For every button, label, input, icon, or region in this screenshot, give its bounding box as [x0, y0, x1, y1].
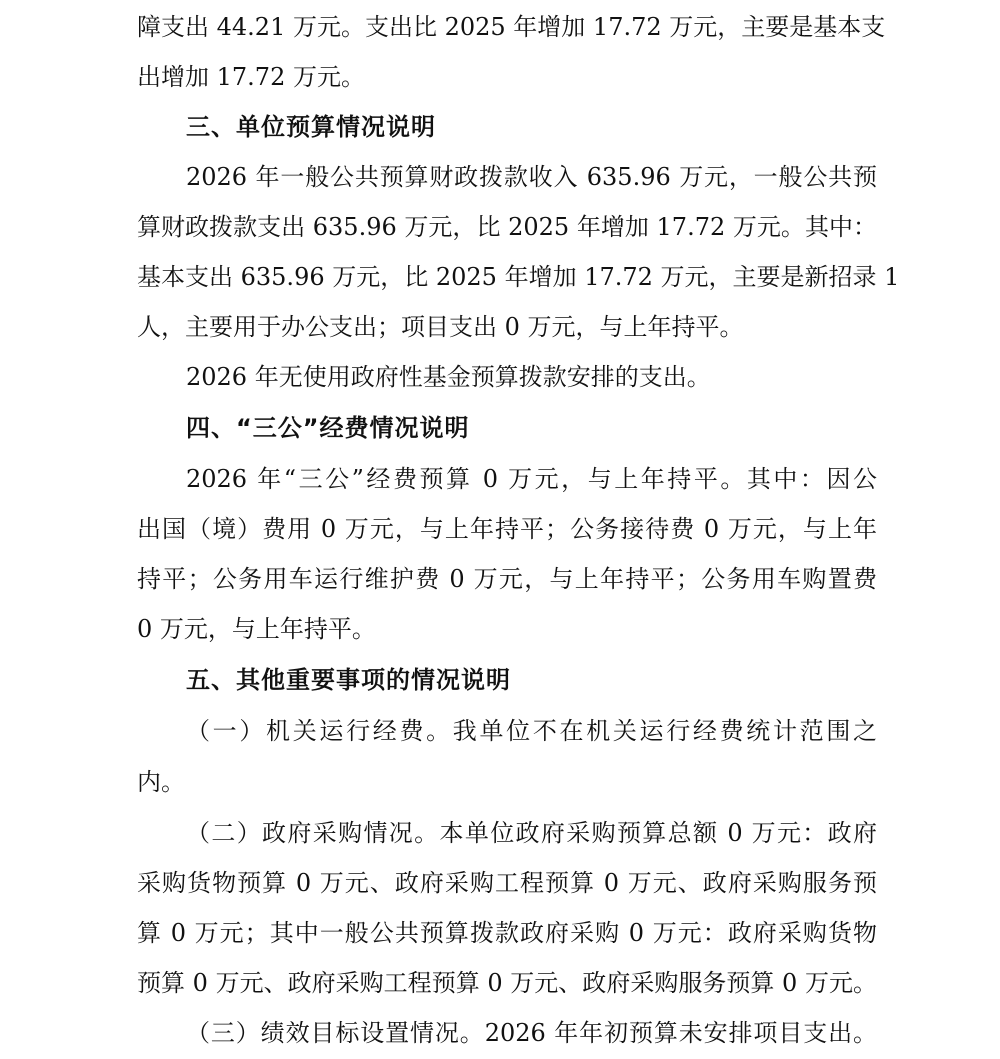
- paragraph-line: 出国（境）费用 0 万元，与上年持平；公务接待费 0 万元，与上年: [137, 504, 877, 554]
- paragraph-line: 2026 年一般公共预算财政拨款收入 635.96 万元，一般公共预: [186, 152, 877, 202]
- paragraph-line: 障支出 44.21 万元。支出比 2025 年增加 17.72 万元，主要是基本…: [137, 2, 877, 52]
- paragraph-line: 基本支出 635.96 万元，比 2025 年增加 17.72 万元，主要是新招…: [137, 252, 877, 302]
- paragraph-line: （二）政府采购情况。本单位政府采购预算总额 0 万元：政府: [186, 808, 877, 858]
- paragraph-line: 内。: [137, 757, 877, 807]
- section-heading-4: 四、“三公”经费情况说明: [186, 403, 877, 453]
- document-page: 障支出 44.21 万元。支出比 2025 年增加 17.72 万元，主要是基本…: [0, 0, 1000, 1059]
- section-heading-5: 五、其他重要事项的情况说明: [186, 655, 877, 705]
- paragraph-line: 算财政拨款支出 635.96 万元，比 2025 年增加 17.72 万元。其中…: [137, 202, 877, 252]
- paragraph-line: 2026 年“三公”经费预算 0 万元，与上年持平。其中：因公: [186, 454, 877, 504]
- paragraph-line: （一）机关运行经费。我单位不在机关运行经费统计范围之: [186, 706, 877, 756]
- paragraph-line: 0 万元，与上年持平。: [137, 604, 877, 654]
- paragraph-line: 采购货物预算 0 万元、政府采购工程预算 0 万元、政府采购服务预: [137, 858, 877, 908]
- paragraph-line: （三）绩效目标设置情况。2026 年年初预算未安排项目支出。: [186, 1008, 877, 1058]
- paragraph-line: 预算 0 万元、政府采购工程预算 0 万元、政府采购服务预算 0 万元。: [137, 958, 877, 1008]
- paragraph-line: 算 0 万元；其中一般公共预算拨款政府采购 0 万元：政府采购货物: [137, 908, 877, 958]
- section-heading-3: 三、单位预算情况说明: [186, 102, 877, 152]
- paragraph-line: 持平；公务用车运行维护费 0 万元，与上年持平；公务用车购置费: [137, 554, 877, 604]
- paragraph-line: 2026 年无使用政府性基金预算拨款安排的支出。: [186, 352, 877, 402]
- paragraph-line: 出增加 17.72 万元。: [137, 52, 877, 102]
- paragraph-line: 人，主要用于办公支出；项目支出 0 万元，与上年持平。: [137, 302, 877, 352]
